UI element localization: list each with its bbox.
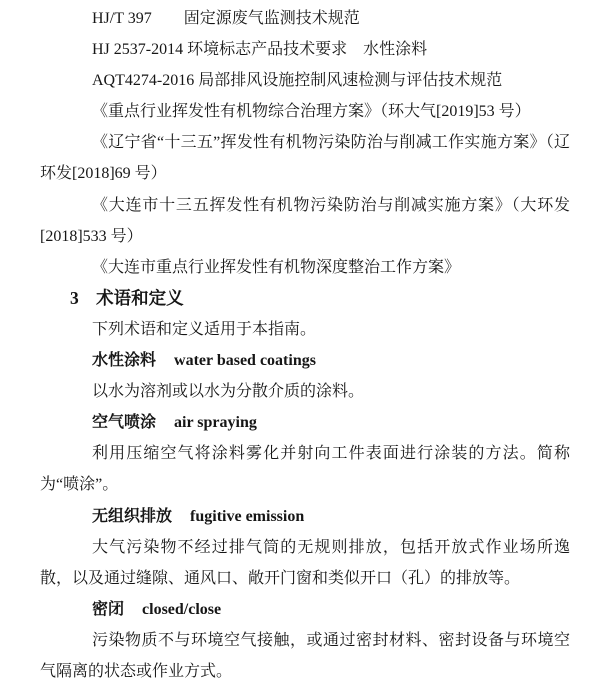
- term-definition: 污染物质不与环境空气接触，或通过密封材料、密封设备与环境空气隔离的状态或作业方式…: [40, 625, 570, 687]
- reference-item: AQT4274-2016 局部排风设施控制风速检测与评估技术规范: [40, 65, 570, 96]
- section-intro: 下列术语和定义适用于本指南。: [40, 314, 570, 345]
- term-zh: 密闭: [92, 601, 124, 618]
- term-definition: 以水为溶剂或以水为分散介质的涂料。: [40, 376, 570, 407]
- document-page: HJ/T 397 固定源废气监测技术规范 HJ 2537-2014 环境标志产品…: [40, 3, 570, 687]
- term-en: fugitive emission: [190, 508, 304, 525]
- reference-item: 《重点行业挥发性有机物综合治理方案》（环大气[2019]53 号）: [40, 96, 570, 127]
- term-block-fugitive-emission: 无组织排放 fugitive emission 大气污染物不经过排气筒的无规则排…: [40, 501, 570, 594]
- term-zh: 空气喷涂: [92, 414, 156, 431]
- term-line: 水性涂料 water based coatings: [40, 345, 570, 376]
- term-line: 密闭 closed/close: [40, 594, 570, 625]
- reference-item: HJ/T 397 固定源废气监测技术规范: [40, 3, 570, 34]
- term-line: 无组织排放 fugitive emission: [40, 501, 570, 532]
- term-en: air spraying: [174, 414, 257, 431]
- term-definition: 利用压缩空气将涂料雾化并射向工件表面进行涂装的方法。简称为“喷涂”。: [40, 438, 570, 500]
- term-block-closed: 密闭 closed/close 污染物质不与环境空气接触，或通过密封材料、密封设…: [40, 594, 570, 687]
- term-zh: 无组织排放: [92, 508, 172, 525]
- term-en: closed/close: [142, 601, 221, 618]
- section-heading: 3 术语和定义: [70, 283, 570, 314]
- term-zh: 水性涂料: [92, 352, 156, 369]
- term-definition: 大气污染物不经过排气筒的无规则排放，包括开放式作业场所逸散，以及通过缝隙、通风口…: [40, 532, 570, 594]
- section-number: 3: [70, 283, 79, 314]
- section-title: 术语和定义: [96, 288, 184, 308]
- reference-item: 《大连市十三五挥发性有机物污染防治与削减实施方案》（大环发[2018]533 号…: [40, 190, 570, 252]
- term-block-air-spraying: 空气喷涂 air spraying 利用压缩空气将涂料雾化并射向工件表面进行涂装…: [40, 407, 570, 500]
- reference-item: 《辽宁省“十三五”挥发性有机物污染防治与削减工作实施方案》（辽环发[2018]6…: [40, 127, 570, 189]
- term-en: water based coatings: [174, 352, 316, 369]
- reference-item: HJ 2537-2014 环境标志产品技术要求 水性涂料: [40, 34, 570, 65]
- term-block-water-based-coatings: 水性涂料 water based coatings 以水为溶剂或以水为分散介质的…: [40, 345, 570, 407]
- term-line: 空气喷涂 air spraying: [40, 407, 570, 438]
- reference-item: 《大连市重点行业挥发性有机物深度整治工作方案》: [40, 252, 570, 283]
